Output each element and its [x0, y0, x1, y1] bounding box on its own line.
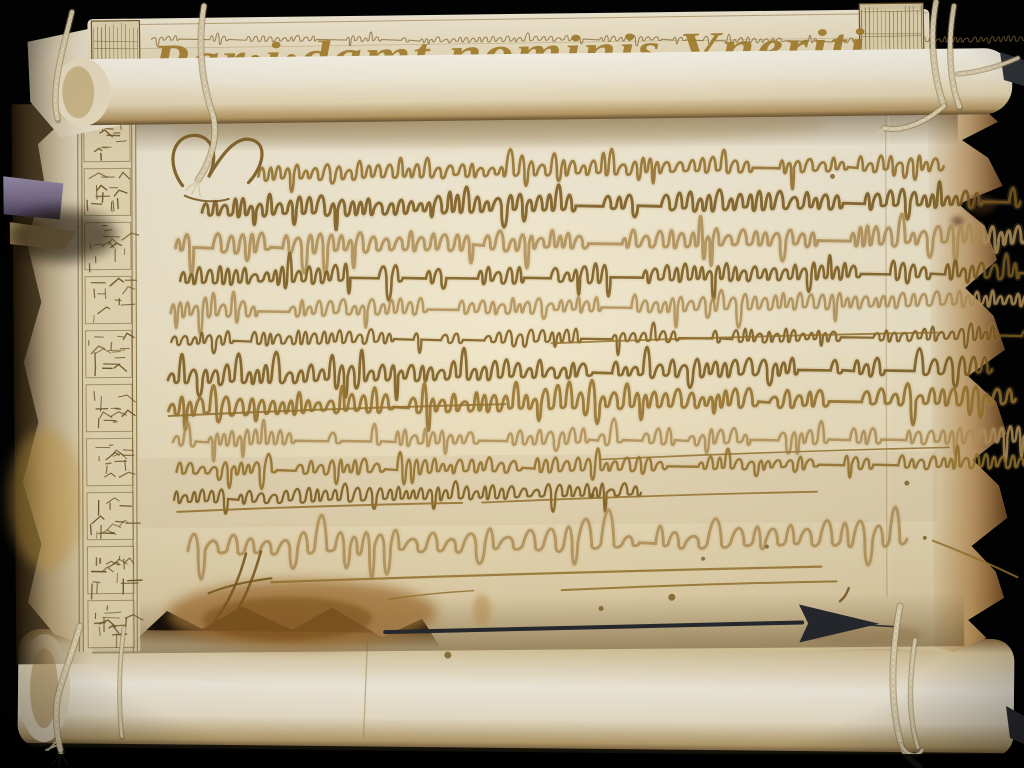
vignette-overlay	[0, 0, 1024, 768]
parchment-scroll-scene: Par·i·damt nominis Vneriti	[0, 0, 1024, 768]
scroll-photograph: Par·i·damt nominis Vneriti	[0, 0, 1024, 768]
